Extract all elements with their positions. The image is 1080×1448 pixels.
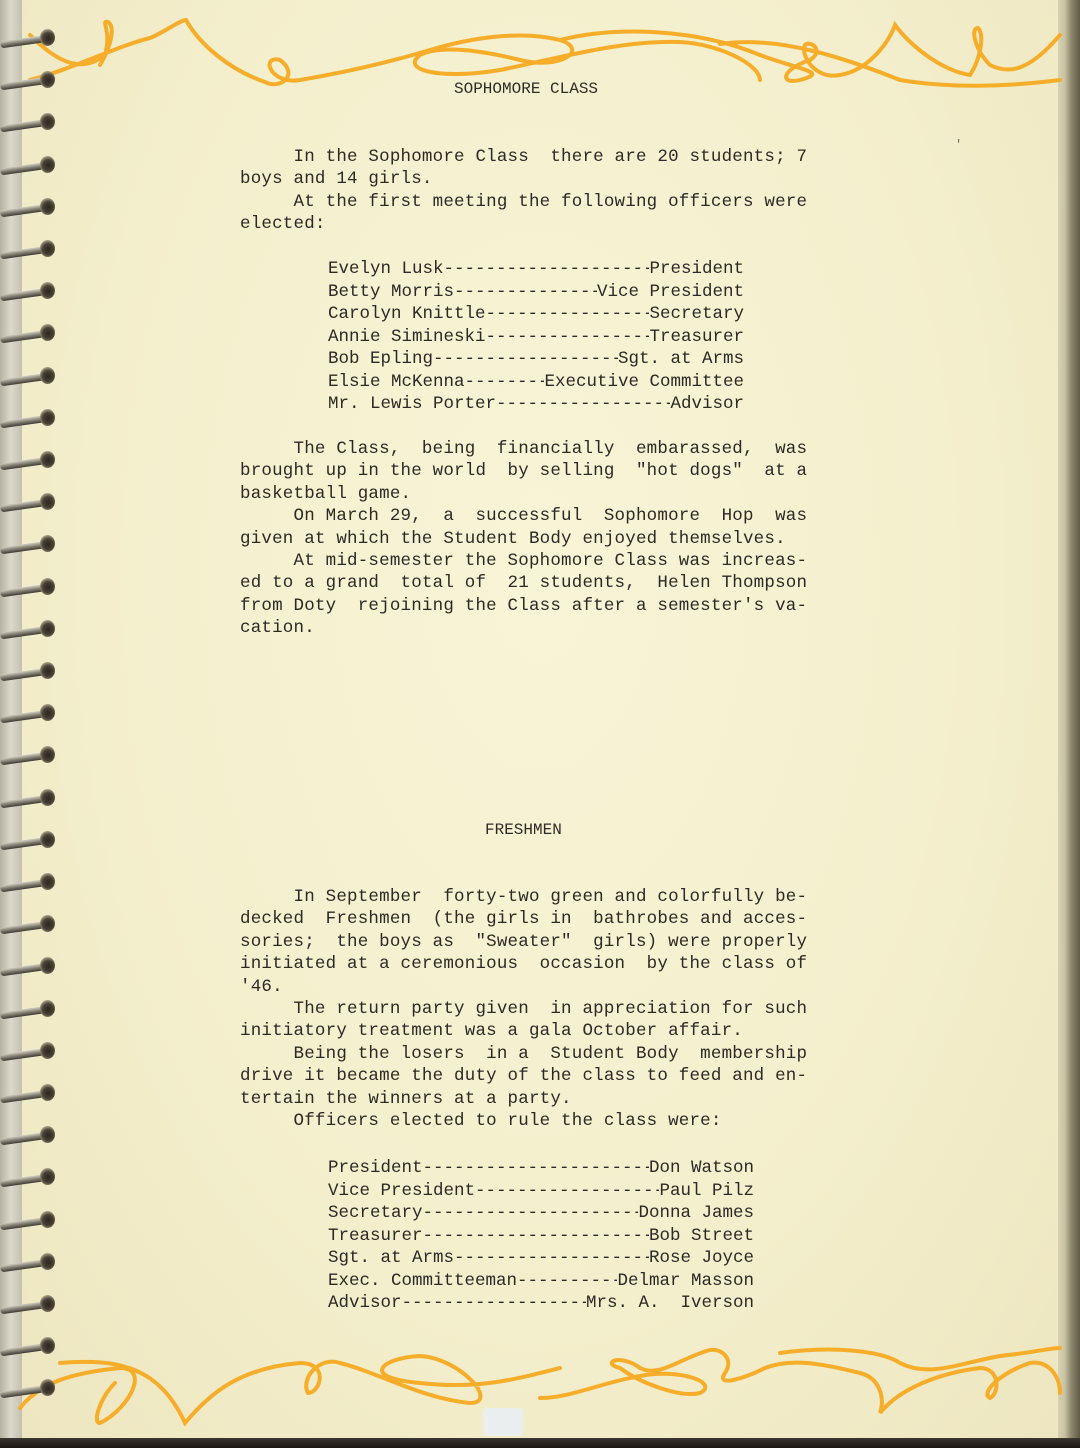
spiral-coil bbox=[0, 366, 58, 386]
spiral-coil bbox=[0, 1378, 58, 1398]
dash-leader bbox=[486, 326, 650, 349]
officer-name: Delmar Masson bbox=[617, 1270, 754, 1293]
officer-role: Executive Committee bbox=[544, 371, 744, 394]
bottom-flourish-border bbox=[0, 1338, 1080, 1448]
spiral-coil bbox=[0, 323, 58, 343]
officer-name: Elsie McKenna bbox=[328, 371, 465, 394]
officer-role: Treasurer bbox=[328, 1225, 423, 1248]
spiral-coil bbox=[0, 1083, 58, 1103]
spiral-coil bbox=[0, 745, 58, 765]
dash-leader bbox=[423, 1157, 649, 1180]
dash-leader bbox=[454, 281, 597, 304]
officer-role: Vice President bbox=[597, 281, 744, 304]
dash-leader bbox=[454, 1247, 649, 1270]
officer-name: Don Watson bbox=[649, 1157, 754, 1180]
spiral-coil bbox=[0, 450, 58, 470]
spiral-coil bbox=[0, 914, 58, 934]
spiral-coil bbox=[0, 1041, 58, 1061]
officer-row: PresidentDon Watson bbox=[328, 1157, 754, 1180]
spiral-coil bbox=[0, 872, 58, 892]
dash-leader bbox=[517, 1270, 617, 1293]
spiral-coil bbox=[0, 239, 58, 259]
officer-role: Advisor bbox=[328, 1292, 402, 1315]
officer-role: Vice President bbox=[328, 1180, 475, 1203]
sophomore-intro: In the Sophomore Class there are 20 stud… bbox=[240, 146, 807, 236]
officer-row: Annie SimineskiTreasurer bbox=[328, 326, 744, 349]
sophomore-body: The Class, being financially embarassed,… bbox=[240, 438, 807, 640]
spiral-coil bbox=[0, 28, 58, 48]
dash-leader bbox=[444, 258, 650, 281]
officer-role: President bbox=[328, 1157, 423, 1180]
dash-leader bbox=[475, 1180, 659, 1203]
freshmen-body: In September forty-two green and colorfu… bbox=[240, 886, 807, 1132]
officer-role: Sgt. at Arms bbox=[618, 348, 744, 371]
page-stack-edge bbox=[1058, 0, 1080, 1448]
spiral-coil bbox=[0, 999, 58, 1019]
officer-row: Bob EplingSgt. at Arms bbox=[328, 348, 744, 371]
officer-row: Carolyn KnittleSecretary bbox=[328, 303, 744, 326]
spiral-coil bbox=[0, 70, 58, 90]
officer-row: AdvisorMrs. A. Iverson bbox=[328, 1292, 754, 1315]
dash-leader bbox=[433, 348, 618, 371]
officer-row: Mr. Lewis PorterAdvisor bbox=[328, 393, 744, 416]
sophomore-heading: SOPHOMORE CLASS bbox=[454, 80, 598, 98]
paper-speck: ' bbox=[955, 138, 962, 152]
page-bottom-shadow bbox=[0, 1438, 1080, 1448]
dash-leader bbox=[423, 1202, 639, 1225]
spiral-coil bbox=[0, 1210, 58, 1230]
officer-role: President bbox=[649, 258, 744, 281]
freshmen-heading: FRESHMEN bbox=[485, 821, 562, 839]
spiral-coil bbox=[0, 534, 58, 554]
spiral-coil bbox=[0, 703, 58, 723]
spiral-binding bbox=[0, 0, 22, 1448]
officer-name: Mr. Lewis Porter bbox=[328, 393, 496, 416]
sophomore-officers-list: Evelyn LuskPresidentBetty MorrisVice Pre… bbox=[328, 258, 744, 416]
officer-row: Exec. CommitteemanDelmar Masson bbox=[328, 1270, 754, 1293]
spiral-coil bbox=[0, 408, 58, 428]
dash-leader bbox=[496, 393, 670, 416]
spiral-coil bbox=[0, 956, 58, 976]
officer-name: Carolyn Knittle bbox=[328, 303, 486, 326]
officer-name: Betty Morris bbox=[328, 281, 454, 304]
spiral-coil bbox=[0, 1167, 58, 1187]
officer-row: TreasurerBob Street bbox=[328, 1225, 754, 1248]
spiral-coil bbox=[0, 619, 58, 639]
dash-leader bbox=[423, 1225, 649, 1248]
spiral-coil bbox=[0, 1294, 58, 1314]
officer-name: Mrs. A. Iverson bbox=[586, 1292, 754, 1315]
officer-role: Treasurer bbox=[649, 326, 744, 349]
spiral-coil bbox=[0, 788, 58, 808]
officer-role: Exec. Committeeman bbox=[328, 1270, 517, 1293]
officer-role: Secretary bbox=[649, 303, 744, 326]
officer-row: Betty MorrisVice President bbox=[328, 281, 744, 304]
dash-leader bbox=[402, 1292, 586, 1315]
freshmen-officers-list: PresidentDon WatsonVice PresidentPaul Pi… bbox=[328, 1157, 754, 1315]
officer-name: Evelyn Lusk bbox=[328, 258, 444, 281]
officer-role: Advisor bbox=[670, 393, 744, 416]
officer-name: Rose Joyce bbox=[649, 1247, 754, 1270]
officer-role: Secretary bbox=[328, 1202, 423, 1225]
tape-scrap bbox=[483, 1408, 523, 1436]
spiral-coil bbox=[0, 281, 58, 301]
dash-leader bbox=[465, 371, 545, 394]
spiral-coil bbox=[0, 661, 58, 681]
officer-row: Sgt. at ArmsRose Joyce bbox=[328, 1247, 754, 1270]
officer-name: Donna James bbox=[638, 1202, 754, 1225]
officer-name: Paul Pilz bbox=[659, 1180, 754, 1203]
spiral-coil bbox=[0, 197, 58, 217]
officer-row: Evelyn LuskPresident bbox=[328, 258, 744, 281]
spiral-coil bbox=[0, 1252, 58, 1272]
officer-row: Elsie McKennaExecutive Committee bbox=[328, 371, 744, 394]
spiral-coil bbox=[0, 492, 58, 512]
officer-role: Sgt. at Arms bbox=[328, 1247, 454, 1270]
spiral-coil bbox=[0, 1125, 58, 1145]
officer-row: Vice PresidentPaul Pilz bbox=[328, 1180, 754, 1203]
spiral-coil bbox=[0, 1336, 58, 1356]
spiral-coil bbox=[0, 830, 58, 850]
officer-name: Annie Simineski bbox=[328, 326, 486, 349]
spiral-coil bbox=[0, 577, 58, 597]
officer-name: Bob Epling bbox=[328, 348, 433, 371]
officer-name: Bob Street bbox=[649, 1225, 754, 1248]
dash-leader bbox=[486, 303, 650, 326]
spiral-coil bbox=[0, 155, 58, 175]
spiral-coil bbox=[0, 112, 58, 132]
officer-row: SecretaryDonna James bbox=[328, 1202, 754, 1225]
